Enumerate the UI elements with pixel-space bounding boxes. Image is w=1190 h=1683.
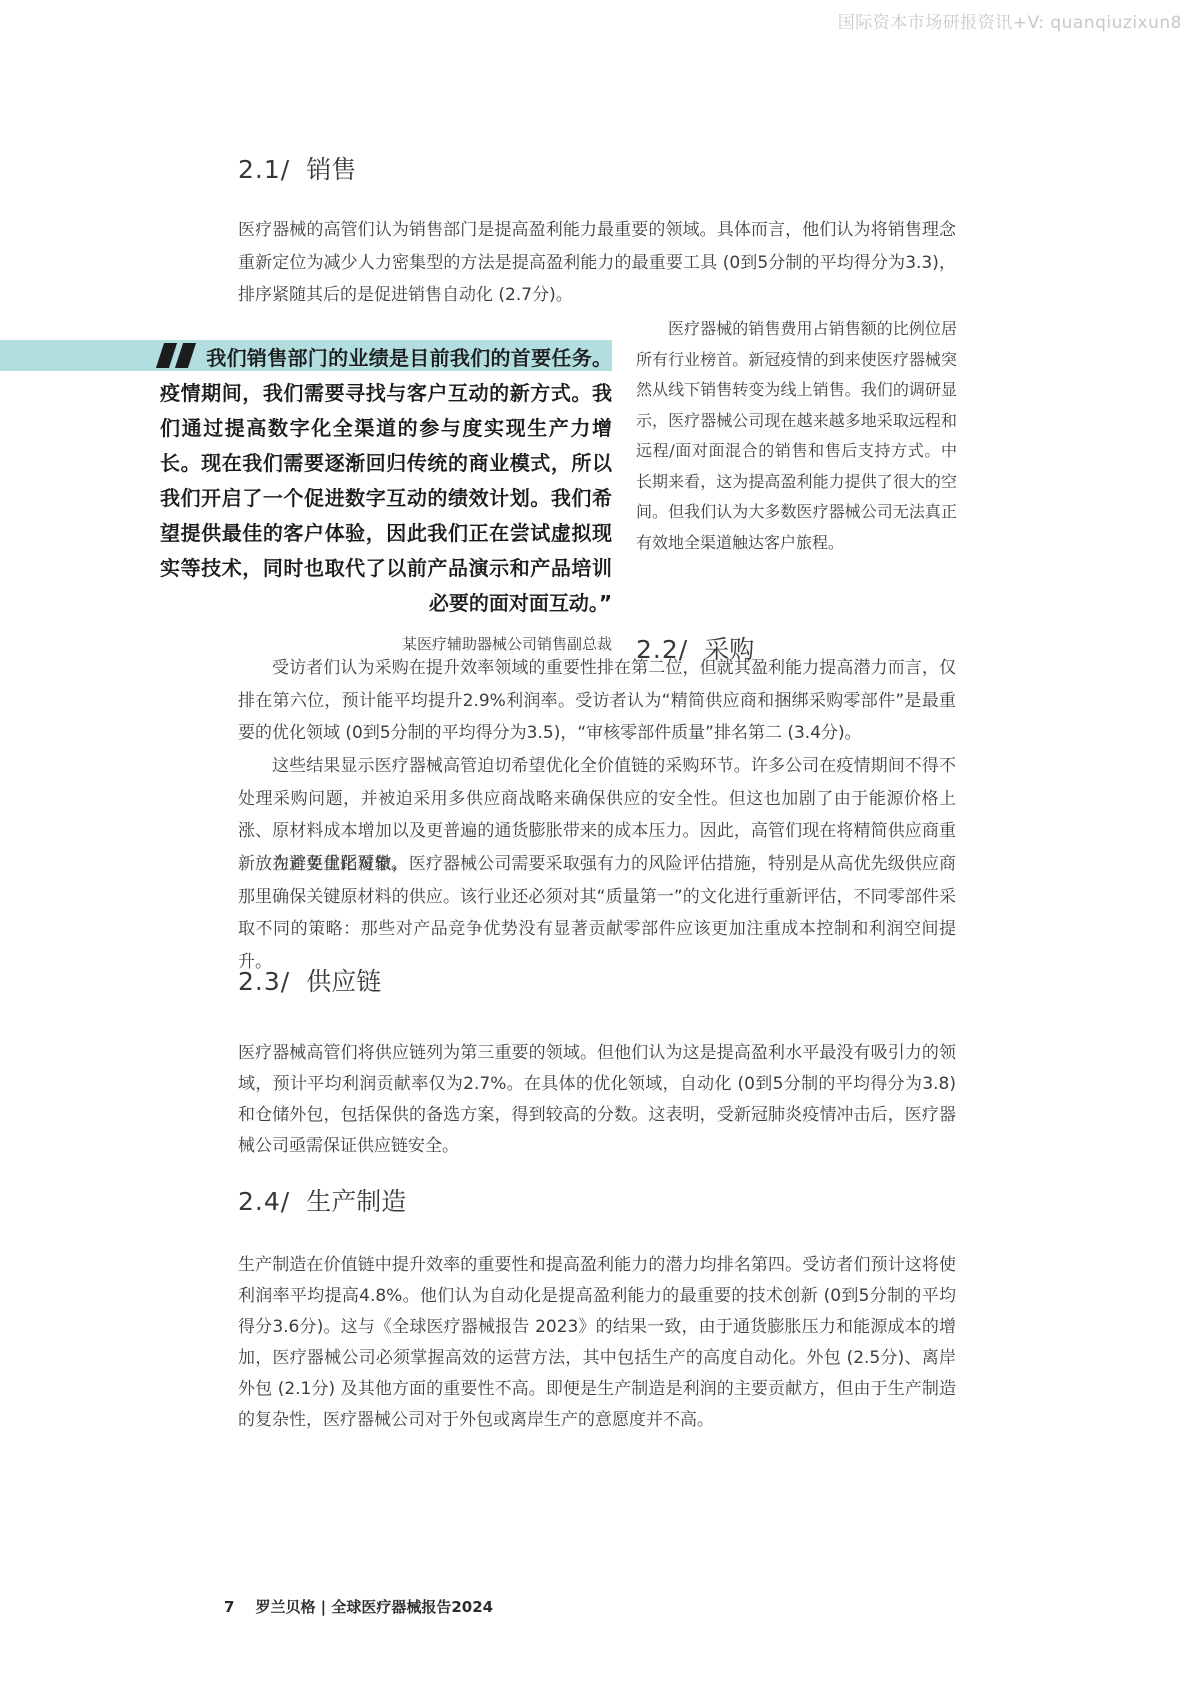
pull-quote: 我们销售部门的业绩是目前我们的首要任务。疫情期间，我们需要寻找与客户互动的新方式…	[160, 341, 612, 621]
page-footer: 7 罗兰贝格 | 全球医疗器械报告2024	[224, 1596, 493, 1617]
pull-quote-block: 我们销售部门的业绩是目前我们的首要任务。疫情期间，我们需要寻找与客户互动的新方式…	[160, 341, 612, 654]
section-2-1-paragraph: 医疗器械的高管们认为销售部门是提高盈利能力最重要的领域。具体而言，他们认为将销售…	[238, 214, 956, 312]
pull-quote-text: 我们销售部门的业绩是目前我们的首要任务。疫情期间，我们需要寻找与客户互动的新方式…	[160, 346, 612, 615]
section-heading-2-4: 2.4/生产制造	[238, 1182, 406, 1218]
page-number: 7	[224, 1598, 234, 1616]
report-page: 国际资本市场研报资讯+V: quanqiuzixun8 2.1/销售 医疗器械的…	[0, 0, 1190, 1683]
section-title: 供应链	[306, 967, 381, 996]
section-title: 销售	[306, 155, 356, 184]
sales-costs-paragraph: 医疗器械的销售费用占销售额的比例位居所有行业榜首。新冠疫情的到来使医疗器械突然从…	[636, 314, 957, 558]
section-2-2-paragraph-3: 为避免重蹈覆辙，医疗器械公司需要采取强有力的风险评估措施，特别是从高优先级供应商…	[238, 848, 956, 978]
section-2-2-paragraph-1: 受访者们认为采购在提升效率领域的重要性排在第二位，但就其盈利能力提高潜力而言，仅…	[238, 652, 956, 750]
watermark-text: 国际资本市场研报资讯+V: quanqiuzixun8	[838, 8, 1182, 33]
section-title: 生产制造	[306, 1187, 406, 1216]
section-2-3-paragraph: 医疗器械高管们将供应链列为第三重要的领域。但他们认为这是提高盈利水平最没有吸引力…	[238, 1038, 956, 1162]
report-title: 罗兰贝格 | 全球医疗器械报告2024	[255, 1596, 493, 1617]
section-number: 2.4/	[238, 1187, 290, 1216]
section-heading-2-1: 2.1/销售	[238, 150, 356, 186]
quote-attribution: 某医疗辅助器械公司销售副总裁	[160, 633, 612, 654]
section-number: 2.3/	[238, 967, 290, 996]
section-number: 2.1/	[238, 155, 290, 184]
section-heading-2-3: 2.3/供应链	[238, 962, 381, 998]
section-2-4-paragraph: 生产制造在价值链中提升效率的重要性和提高盈利能力的潜力均排名第四。受访者们预计这…	[238, 1250, 956, 1436]
quote-mark-icon	[160, 343, 192, 368]
